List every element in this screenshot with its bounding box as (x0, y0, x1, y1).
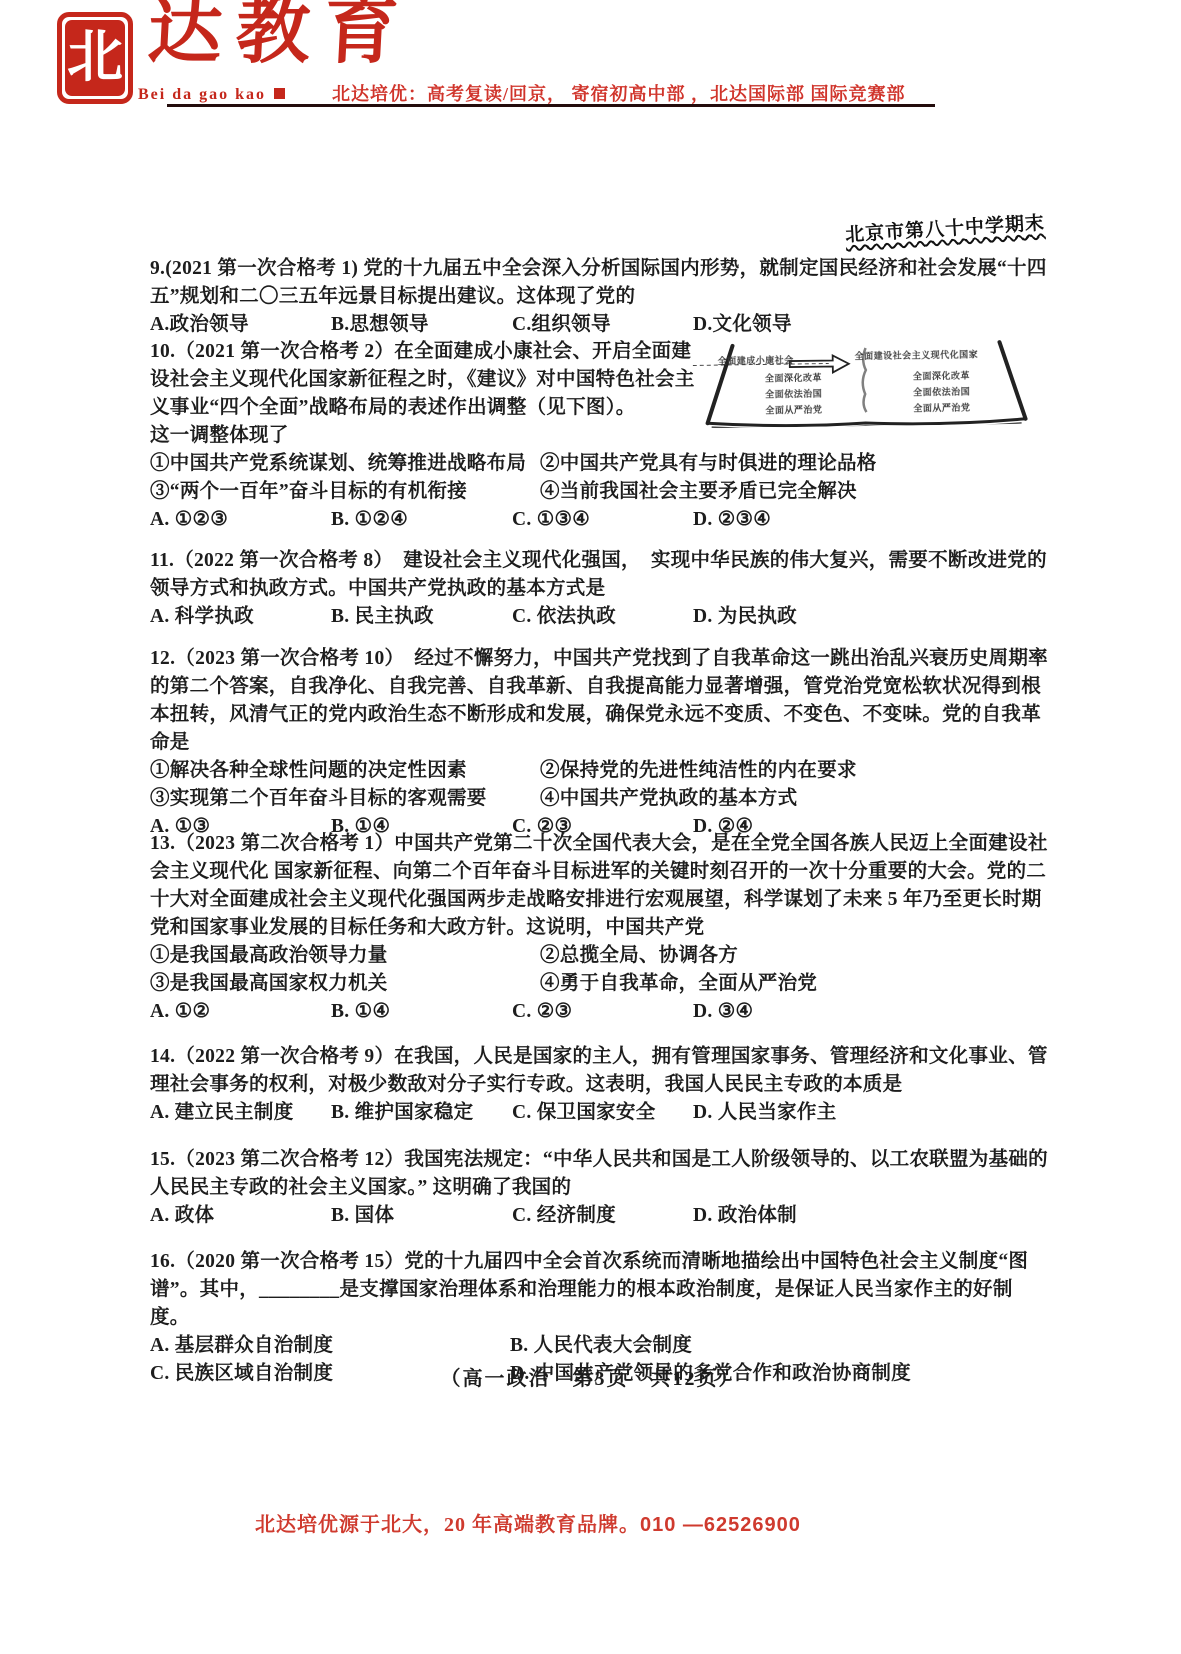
figure-after-item: 全面依法治国 (913, 387, 970, 398)
choice-c: C. ②③ (512, 998, 693, 1026)
choice-b: B. ①④ (331, 998, 512, 1026)
question-stem: 10.（2021 第一次合格考 2）在全面建成小康社会、开启全面建设社会主义现代… (150, 338, 698, 422)
question-stem: 11.（2022 第一次合格考 8） 建设社会主义现代化强国， 实现中华民族的伟… (150, 547, 1052, 603)
corner-stamp: 北京市第八十中学期末 (844, 208, 1045, 247)
figure-after-item: 全面深化改革 (913, 371, 970, 382)
choice-b: B.思想领导 (331, 311, 512, 339)
subitem-3: ③“两个一百年”奋斗目标的有机衔接 (150, 478, 540, 506)
choice-d: D. ②③④ (693, 506, 771, 534)
red-square-icon (274, 88, 285, 99)
question-stem: 14.（2022 第一次合格考 9）在我国，人民是国家的主人，拥有管理国家事务、… (150, 1043, 1052, 1099)
choice-b: B. ①②④ (331, 506, 512, 534)
choice-row: A. 建立民主制度 B. 维护国家稳定 C. 保卫国家安全 D. 人民当家作主 (150, 1099, 1052, 1127)
subitem-2: ②保持党的先进性纯洁性的内在要求 (540, 757, 857, 785)
figure-before-item: 全面从严治党 (765, 405, 822, 416)
figure-after-item: 全面建设社会主义现代化国家 (855, 349, 979, 361)
choice-b: B. 维护国家稳定 (331, 1099, 512, 1127)
subitem-1: ①解决各种全球性问题的决定性因素 (150, 757, 540, 785)
choice-c: C. 保卫国家安全 (512, 1099, 693, 1127)
four-comprehensives-figure: 全面建成小康社会 全面建设社会主义现代化国家 全面深化改革 全面深化改革 全面依… (692, 332, 1041, 429)
brand-romanized: Bei da gao kao (138, 86, 285, 104)
choice-row: A. 基层群众自治制度 B. 人民代表大会制度 (150, 1332, 1052, 1360)
figure-before-item: 全面深化改革 (765, 373, 822, 384)
bottom-note-text: 北达培优源于北大，20 年高端教育品牌。 (255, 1514, 640, 1536)
question-14: 14.（2022 第一次合格考 9）在我国，人民是国家的主人，拥有管理国家事务、… (150, 1043, 1052, 1127)
choice-row: A. 科学执政 B. 民主执政 C. 依法执政 D. 为民执政 (150, 603, 1052, 631)
subitem-1: ①是我国最高政治领导力量 (150, 942, 540, 970)
brand-seal-logo: 北 (57, 12, 133, 104)
question-stem: 9.(2021 第一次合格考 1) 党的十九届五中全会深入分析国际国内形势，就制… (150, 255, 1052, 311)
question-12: 12.（2023 第一次合格考 10） 经过不懈努力，中国共产党找到了自我革命这… (150, 645, 1052, 841)
figure-after-item: 全面从严治党 (913, 403, 970, 414)
choice-a: A. 建立民主制度 (150, 1099, 331, 1127)
scanned-exam-page: 北 达教育 Bei da gao kao 北达培优：高考复读/回京， 寄宿初高中… (0, 0, 1181, 1654)
phone-number: 010 —62526900 (640, 1514, 801, 1536)
choice-b: B. 民主执政 (331, 603, 512, 631)
choice-row: A. ①②③ B. ①②④ C. ①③④ D. ②③④ (150, 506, 1052, 534)
question-stem: 15.（2023 第二次合格考 12）我国宪法规定：“中华人民共和国是工人阶级领… (150, 1146, 1052, 1202)
subitem-4: ④中国共产党执政的基本方式 (540, 785, 797, 813)
open-book-icon (692, 332, 1041, 429)
subitem-1: ①中国共产党系统谋划、统筹推进战略布局 (150, 450, 540, 478)
subitem-3: ③是我国最高国家权力机关 (150, 970, 540, 998)
choice-d: D. 为民执政 (693, 603, 797, 631)
question-11: 11.（2022 第一次合格考 8） 建设社会主义现代化强国， 实现中华民族的伟… (150, 547, 1052, 631)
subitem-3: ③实现第二个百年奋斗目标的客观需要 (150, 785, 540, 813)
question-stem: 13.（2023 第二次合格考 1）中国共产党第二十次全国代表大会，是在全党全国… (150, 830, 1052, 942)
choice-row: A. 政体 B. 国体 C. 经济制度 D. 政治体制 (150, 1202, 1052, 1230)
page-number-footer: （高一政治 第3页 共12页） (0, 1362, 1181, 1391)
figure-before-item: 全面建成小康社会 (718, 355, 794, 366)
brand-tagline: 北达培优：高考复读/回京， 寄宿初高中部 ，北达国际部 国际竞赛部 (332, 80, 972, 106)
choice-d: D. 人民当家作主 (693, 1099, 837, 1127)
choice-a: A. 基层群众自治制度 (150, 1332, 510, 1360)
question-13: 13.（2023 第二次合格考 1）中国共产党第二十次全国代表大会，是在全党全国… (150, 830, 1052, 1026)
subitem-2: ②中国共产党具有与时俱进的理论品格 (540, 450, 877, 478)
choice-c: C.组织领导 (512, 311, 693, 339)
choice-c: C. ①③④ (512, 506, 693, 534)
brand-romanized-text: Bei da gao kao (138, 86, 266, 103)
subitem-row: ①中国共产党系统谋划、统筹推进战略布局 ②中国共产党具有与时俱进的理论品格 (150, 450, 1052, 478)
header-divider (167, 104, 935, 107)
question-15: 15.（2023 第二次合格考 12）我国宪法规定：“中华人民共和国是工人阶级领… (150, 1146, 1052, 1230)
brand-name: 达教育 (146, 0, 414, 73)
choice-d: D. 政治体制 (693, 1202, 797, 1230)
question-lead: 这一调整体现了 (150, 422, 1052, 450)
choice-b: B. 国体 (331, 1202, 512, 1230)
choice-a: A. ①② (150, 998, 331, 1026)
subitem-row: ③“两个一百年”奋斗目标的有机衔接 ④当前我国社会主要矛盾已完全解决 (150, 478, 1052, 506)
subitem-4: ④当前我国社会主要矛盾已完全解决 (540, 478, 857, 506)
choice-d: D. ③④ (693, 998, 753, 1026)
choice-c: C. 依法执政 (512, 603, 693, 631)
choice-a: A. 政体 (150, 1202, 331, 1230)
question-9: 9.(2021 第一次合格考 1) 党的十九届五中全会深入分析国际国内形势，就制… (150, 255, 1052, 339)
choice-a: A. 科学执政 (150, 603, 331, 631)
bottom-brand-note: 北达培优源于北大，20 年高端教育品牌。010 —62526900 (255, 1508, 801, 1537)
choice-c: C. 经济制度 (512, 1202, 693, 1230)
subitem-row: ③是我国最高国家权力机关 ④勇于自我革命，全面从严治党 (150, 970, 1052, 998)
seal-character: 北 (65, 20, 125, 96)
question-stem: 12.（2023 第一次合格考 10） 经过不懈努力，中国共产党找到了自我革命这… (150, 645, 1052, 757)
figure-before-item: 全面依法治国 (765, 389, 822, 400)
subitem-row: ①解决各种全球性问题的决定性因素 ②保持党的先进性纯洁性的内在要求 (150, 757, 1052, 785)
question-stem: 16.（2020 第一次合格考 15）党的十九届四中全会首次系统而清晰地描绘出中… (150, 1248, 1052, 1332)
choice-b: B. 人民代表大会制度 (510, 1332, 692, 1360)
subitem-4: ④勇于自我革命，全面从严治党 (540, 970, 817, 998)
choice-a: A. ①②③ (150, 506, 331, 534)
subitem-2: ②总揽全局、协调各方 (540, 942, 738, 970)
choice-row: A. ①② B. ①④ C. ②③ D. ③④ (150, 998, 1052, 1026)
subitem-row: ③实现第二个百年奋斗目标的客观需要 ④中国共产党执政的基本方式 (150, 785, 1052, 813)
subitem-row: ①是我国最高政治领导力量 ②总揽全局、协调各方 (150, 942, 1052, 970)
choice-a: A.政治领导 (150, 311, 331, 339)
